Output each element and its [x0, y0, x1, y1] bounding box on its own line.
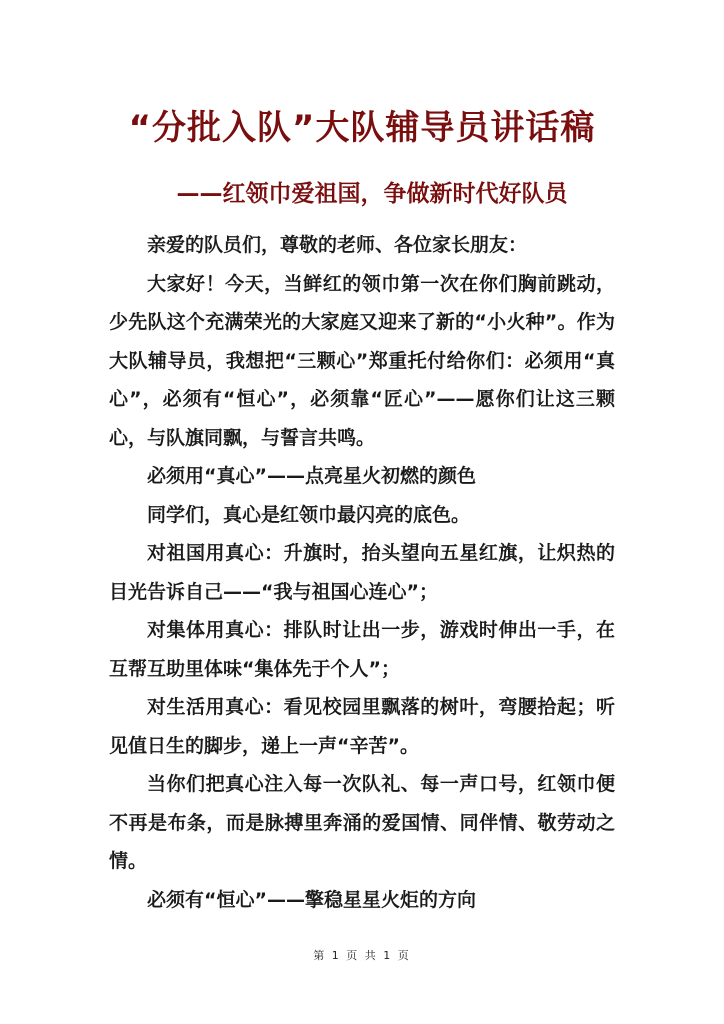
- paragraph-summary: 当你们把真心注入每一次队礼、每一声口号，红领巾便不再是布条，而是脉搏里奔涌的爱国…: [109, 765, 615, 881]
- paragraph-collective: 对集体用真心：排队时让出一步，游戏时伸出一手，在互帮互助里体味“集体先于个人”；: [109, 611, 615, 688]
- text-segment: 亲爱的队员们，尊敬的老师、各位家长朋友：: [147, 234, 527, 256]
- bold-segment: 真心: [223, 504, 261, 526]
- document-subtitle: ——红领巾爱祖国，争做新时代好队员: [0, 175, 724, 208]
- heading-text: 必须有“恒心”——擎稳星星火炬的方向: [147, 889, 476, 911]
- text-segment: 是红领巾最闪亮的底色。: [261, 504, 470, 526]
- paragraph-life: 对生活用真心：看见校园里飘落的树叶，弯腰拾起；听见值日生的脚步，递上一声“辛苦”…: [109, 688, 615, 765]
- page-number-footer: 第 1 页 共 1 页: [0, 947, 724, 963]
- text-segment: 同学们，: [147, 504, 223, 526]
- paragraph-motherland: 对祖国用真心：升旗时，抬头望向五星红旗，让炽热的目光告诉自己——“我与祖国心连心…: [109, 534, 615, 611]
- section-heading-true-heart: 必须用“真心”——点亮星火初燃的颜色: [109, 457, 615, 496]
- section-heading-perseverance: 必须有“恒心”——擎稳星星火炬的方向: [109, 881, 615, 920]
- bold-segment: 对集体用真心: [147, 619, 264, 641]
- paragraph-true-heart-intro: 同学们，真心是红领巾最闪亮的底色。: [109, 496, 615, 535]
- heading-text: 必须用“真心”——点亮星火初燃的颜色: [147, 465, 476, 487]
- bold-segment: 对生活用真心: [147, 696, 264, 718]
- document-body: 亲爱的队员们，尊敬的老师、各位家长朋友： 大家好！今天，当鲜红的领巾第一次在你们…: [109, 226, 615, 919]
- bold-segment: 对祖国用真心: [147, 542, 264, 564]
- document-title: “分批入队”大队辅导员讲话稿: [0, 100, 724, 149]
- intro-paragraph: 大家好！今天，当鲜红的领巾第一次在你们胸前跳动，少先队这个充满荣光的大家庭又迎来…: [109, 265, 615, 458]
- text-segment: 当你们把真心注入每一次队礼、每一声口号，红领巾便不再是布条，而是脉搏里奔涌的爱国…: [109, 773, 615, 872]
- greeting-paragraph: 亲爱的队员们，尊敬的老师、各位家长朋友：: [109, 226, 615, 265]
